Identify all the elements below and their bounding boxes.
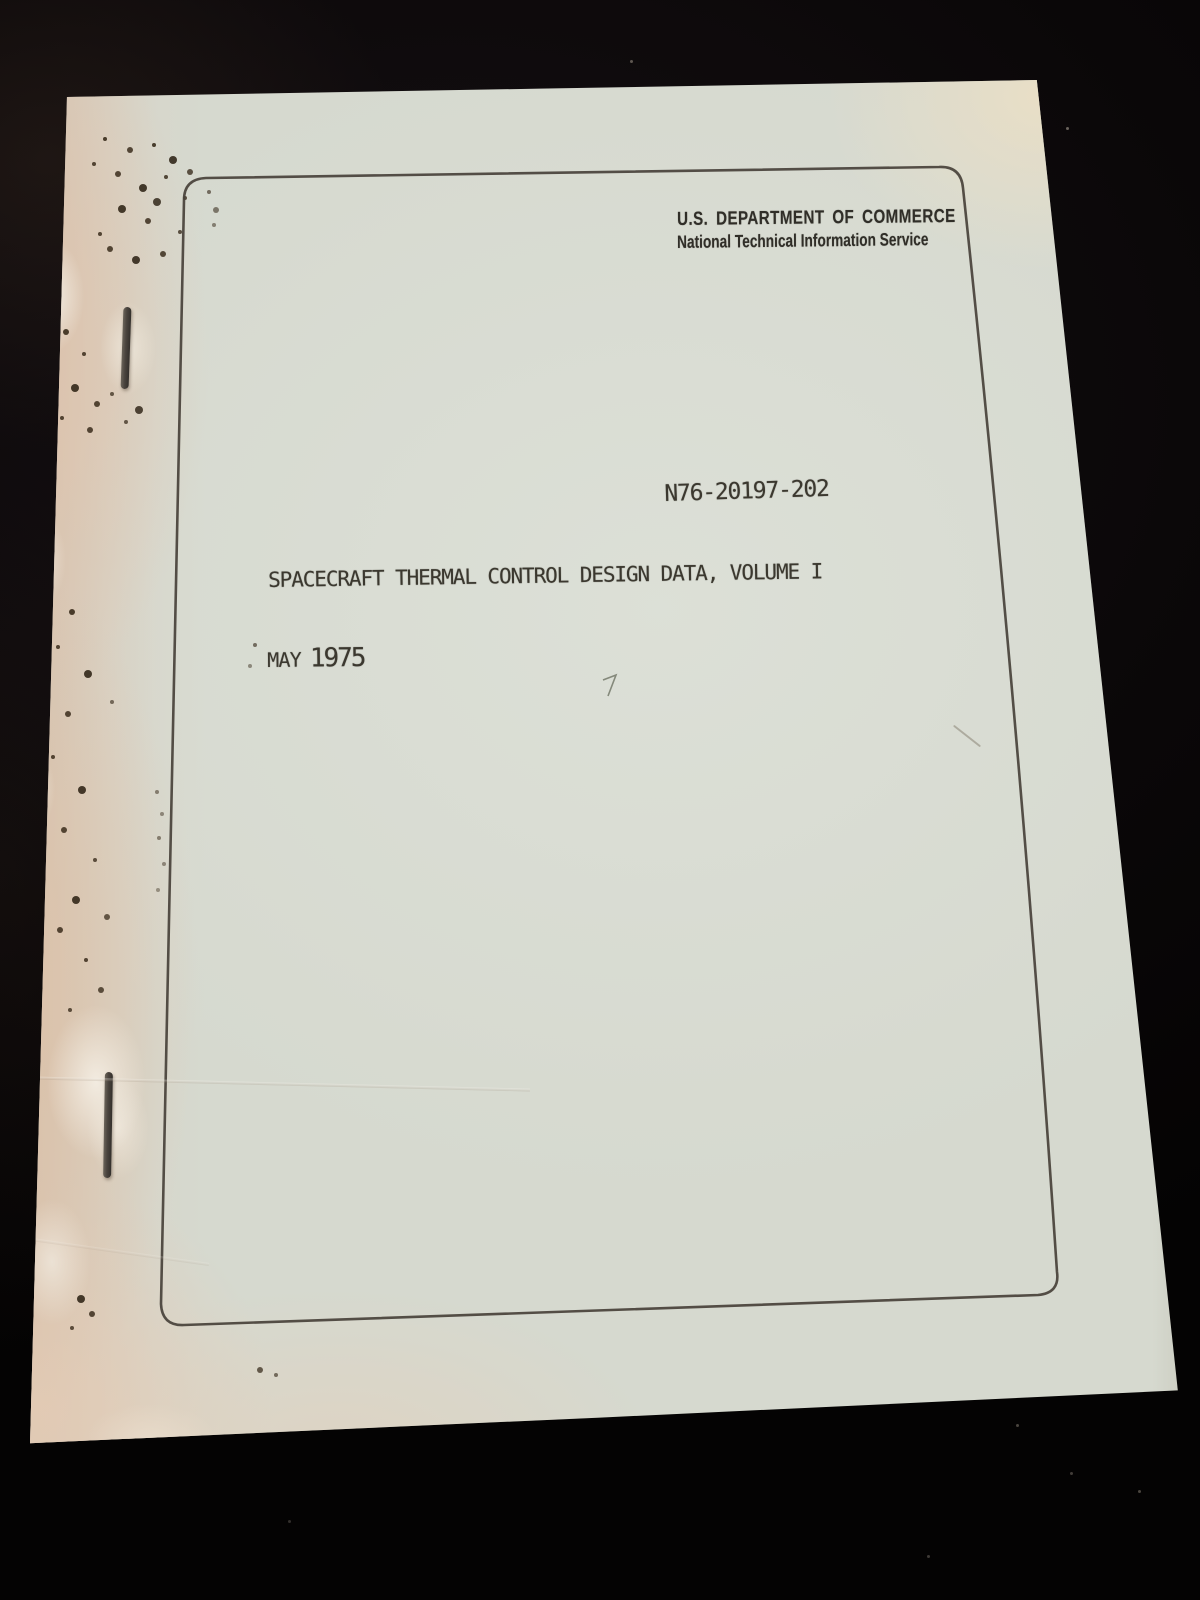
report-number: N76-20197-202 bbox=[664, 478, 829, 506]
publication-month: MAY bbox=[267, 650, 301, 670]
document-cover-page: U.S. DEPARTMENT OF COMMERCE National Tec… bbox=[0, 0, 1200, 1600]
publication-year: 1975 bbox=[310, 645, 365, 672]
agency-name: U.S. DEPARTMENT OF COMMERCE bbox=[677, 206, 956, 231]
dust-specks bbox=[0, 0, 3, 3]
pencil-mark bbox=[600, 672, 624, 700]
publication-date: MAY 1975 bbox=[267, 645, 365, 672]
cover-border-frame bbox=[0, 0, 1200, 1600]
service-name: National Technical Information Service bbox=[677, 229, 928, 253]
photo-backdrop: U.S. DEPARTMENT OF COMMERCE National Tec… bbox=[0, 0, 1200, 1600]
